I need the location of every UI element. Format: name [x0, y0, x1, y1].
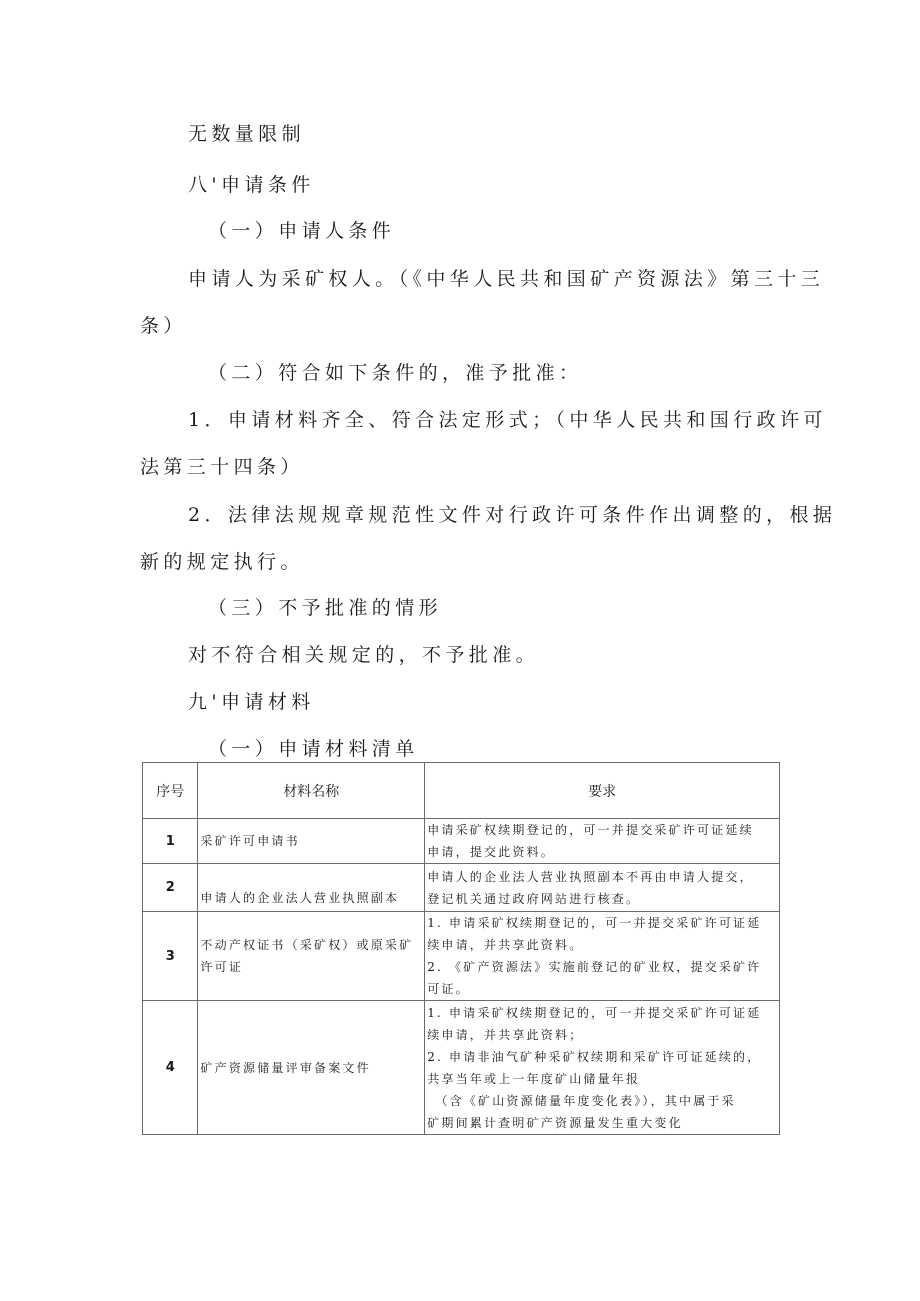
requirement-line: 登记机关通过政府网站进行核查。 — [427, 888, 777, 910]
header-req: 要求 — [425, 763, 780, 819]
header-no: 序号 — [143, 763, 198, 819]
row-number: 4 — [143, 1001, 198, 1135]
table-row: 2 申请人的企业法人营业执照副本 申请人的企业法人营业执照副本不再由申请人提交，… — [143, 864, 780, 912]
materials-table: 序号 材料名称 要求 1 采矿许可申请书 申请采矿权续期登记的，可一并提交采矿许… — [142, 762, 780, 1135]
paragraph-applicant-line1: 申请人为采矿权人。（《中华人民共和国矿产资源法》第三十三 — [188, 267, 824, 291]
requirement-line: 可证。 — [427, 978, 777, 1000]
material-requirement: 申请采矿权续期登记的，可一并提交采矿许可证延续 申请，提交此资料。 — [425, 819, 780, 864]
requirement-line: 申请采矿权续期登记的，可一并提交采矿许可证延续 — [427, 819, 777, 841]
table-header-row: 序号 材料名称 要求 — [143, 763, 780, 819]
paragraph-applicant-line2: 条） — [140, 314, 187, 338]
requirement-line: 2. 《矿产资源法》实施前登记的矿业权，提交采矿许 — [427, 956, 777, 978]
requirement-line: 申请，提交此资料。 — [427, 841, 777, 863]
material-requirement: 1. 申请采矿权续期登记的，可一并提交采矿许可证延 续申请，并共享此资料； 2.… — [425, 1001, 780, 1135]
paragraph-rejection: 对不符合相关规定的，不予批准。 — [188, 643, 539, 667]
material-requirement: 1. 申请采矿权续期登记的，可一并提交采矿许可证延 续申请，并共享此资料。 2.… — [425, 912, 780, 1001]
material-name: 采矿许可申请书 — [198, 819, 425, 864]
paragraph-no-quantity-limit: 无数量限制 — [188, 122, 305, 146]
subheading-applicant-conditions: （一）申请人条件 — [208, 219, 395, 243]
requirement-line: 共享当年或上一年度矿山储量年报 — [427, 1068, 777, 1090]
material-name: 申请人的企业法人营业执照副本 — [198, 864, 425, 912]
material-name: 矿产资源储量评审备案文件 — [198, 1001, 425, 1135]
requirement-line: 续申请，并共享此资料； — [427, 1024, 777, 1046]
section-heading-application-materials: 九'申请材料 — [188, 690, 315, 714]
table-row: 3 不动产权证书（采矿权）或原采矿 许可证 1. 申请采矿权续期登记的，可一并提… — [143, 912, 780, 1001]
list-item-2-line1: 2．法律法规规章规范性文件对行政许可条件作出调整的，根据 — [188, 503, 836, 527]
material-requirement: 申请人的企业法人营业执照副本不再由申请人提交， 登记机关通过政府网站进行核查。 — [425, 864, 780, 912]
subheading-rejection-cases: （三）不予批准的情形 — [208, 596, 442, 620]
requirement-line: 矿期间累计查明矿产资源量发生重大变化 — [427, 1112, 777, 1134]
header-name: 材料名称 — [198, 763, 425, 819]
list-item-2-line2: 新的规定执行。 — [140, 550, 304, 574]
material-name: 不动产权证书（采矿权）或原采矿 许可证 — [198, 912, 425, 1001]
row-number: 2 — [143, 864, 198, 912]
row-number: 1 — [143, 819, 198, 864]
subheading-approval-conditions: （二）符合如下条件的，准予批准： — [208, 361, 582, 385]
requirement-line: 申请人的企业法人营业执照副本不再由申请人提交， — [427, 866, 777, 888]
requirement-line: 1. 申请采矿权续期登记的，可一并提交采矿许可证延 — [427, 912, 777, 934]
subheading-materials-list: （一）申请材料清单 — [208, 737, 419, 761]
requirement-line: 1. 申请采矿权续期登记的，可一并提交采矿许可证延 — [427, 1002, 777, 1024]
row-number: 3 — [143, 912, 198, 1001]
requirement-line: （含《矿山资源储量年度变化表》），其中属于采 — [427, 1090, 777, 1112]
list-item-1-line1: 1．申请材料齐全、符合法定形式；（中华人民共和国行政许可 — [188, 408, 827, 432]
list-item-1-line2: 法第三十四条） — [140, 455, 304, 479]
material-name-line: 不动产权证书（采矿权）或原采矿 — [200, 934, 422, 956]
section-heading-application-conditions: 八'申请条件 — [188, 173, 315, 197]
table-row: 1 采矿许可申请书 申请采矿权续期登记的，可一并提交采矿许可证延续 申请，提交此… — [143, 819, 780, 864]
material-name-line: 许可证 — [200, 956, 422, 978]
table-row: 4 矿产资源储量评审备案文件 1. 申请采矿权续期登记的，可一并提交采矿许可证延… — [143, 1001, 780, 1135]
requirement-line: 续申请，并共享此资料。 — [427, 934, 777, 956]
requirement-line: 2. 申请非油气矿种采矿权续期和采矿许可证延续的， — [427, 1046, 777, 1068]
